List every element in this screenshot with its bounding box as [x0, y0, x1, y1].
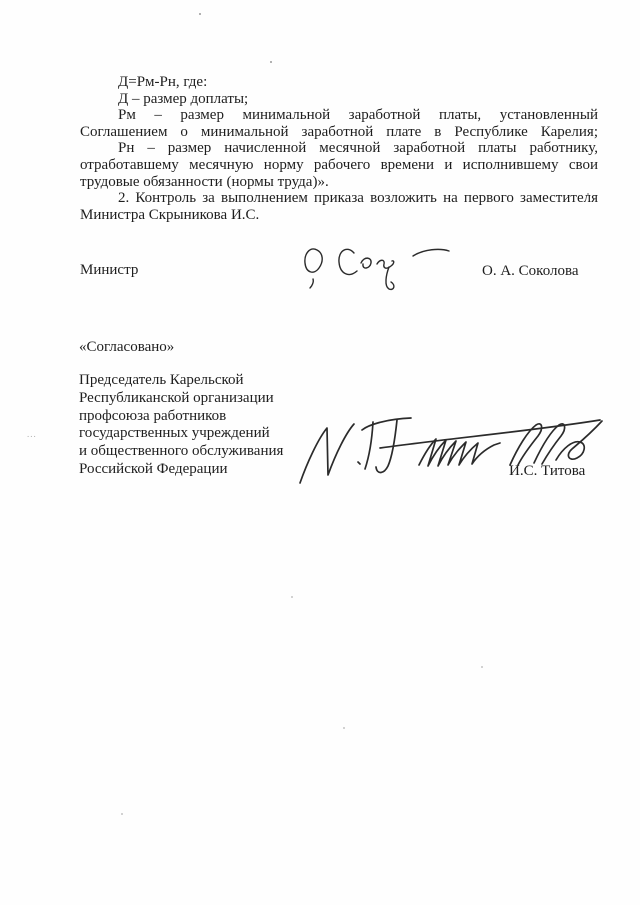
union-chair-title: Председатель Карельской Республиканской … — [79, 372, 309, 479]
scan-speck — [121, 813, 123, 815]
minister-name: О. А. Соколова — [482, 262, 579, 280]
agreed-label: «Согласовано» — [79, 338, 174, 356]
document-page: Д=Рм-Рн, где: Д – размер доплаты; Рм – р… — [0, 0, 640, 905]
chair-signature-icon — [292, 407, 606, 493]
title-line: и общественного обслуживания — [79, 443, 309, 461]
title-line: профсоюза работников — [79, 408, 309, 426]
scan-speck: ... — [27, 429, 37, 439]
title-line: Республиканской организации — [79, 390, 309, 408]
minister-title: Министр — [80, 261, 138, 279]
text-line: Рн – размер начисленной месячной заработ… — [80, 140, 598, 157]
scan-speck — [270, 61, 272, 63]
union-chair-name: И.С. Титова — [509, 462, 585, 480]
scan-speck — [343, 727, 345, 729]
text-line: 2. Контроль за выполнением приказа возло… — [80, 190, 598, 207]
text-line: Министра Скрыникова И.С. — [80, 207, 598, 224]
text-line: Соглашением о минимальной заработной пла… — [80, 124, 598, 141]
scan-speck — [587, 193, 589, 195]
minister-signature-icon — [297, 242, 455, 300]
title-line: Председатель Карельской — [79, 372, 309, 390]
scan-speck — [481, 666, 483, 668]
text-line: Рм – размер минимальной заработной платы… — [80, 107, 598, 124]
text-line: Д – размер доплаты; — [80, 91, 598, 108]
title-line: государственных учреждений — [79, 425, 309, 443]
text-line: трудовые обязанности (нормы труда)». — [80, 174, 598, 191]
text-line: Д=Рм-Рн, где: — [80, 74, 598, 91]
body-text: Д=Рм-Рн, где: Д – размер доплаты; Рм – р… — [80, 74, 598, 223]
scan-speck — [291, 596, 293, 598]
title-line: Российской Федерации — [79, 461, 309, 479]
text-line: отработавшему месячную норму рабочего вр… — [80, 157, 598, 174]
scan-speck — [199, 13, 201, 15]
